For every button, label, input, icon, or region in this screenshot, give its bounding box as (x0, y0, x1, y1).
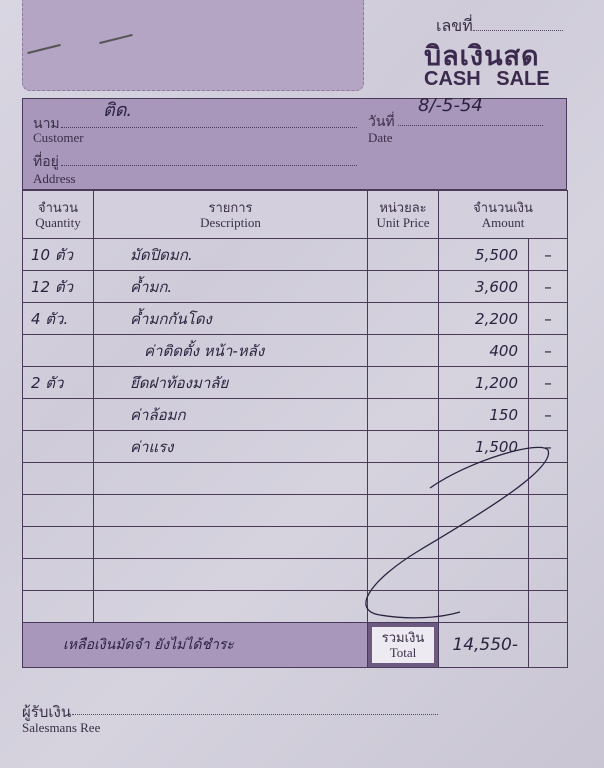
amount-cell: 1,500 (439, 431, 529, 463)
qty-cell (23, 431, 94, 463)
description-cell: ค่าแรง (94, 431, 368, 463)
customer-line (61, 127, 357, 128)
cents-cell: – (529, 431, 568, 463)
amount-cell: 150 (439, 399, 529, 431)
table-row: 2 ตัวยึดฝาท้องมาลัย1,200– (23, 367, 568, 399)
total-cents-cell (529, 623, 568, 668)
table-row: ค่าติดตั้ง หน้า-หลัง400– (23, 335, 568, 367)
address-line (61, 165, 357, 166)
address-label-english: Address (33, 171, 76, 187)
unit-price-cell (368, 335, 439, 367)
unit-price-cell (368, 495, 439, 527)
description-cell (94, 591, 368, 623)
qty-cell: 12 ตัว (23, 271, 94, 303)
table-row: 12 ตัวค้ำมก.3,600– (23, 271, 568, 303)
amount-cell (439, 527, 529, 559)
unit-price-cell (368, 559, 439, 591)
description-cell: ค้ำมก. (94, 271, 368, 303)
detached-stub (22, 0, 364, 91)
table-row: ค่าแรง1,500– (23, 431, 568, 463)
cents-cell: – (529, 271, 568, 303)
qty-cell (23, 527, 94, 559)
unit-price-cell (368, 527, 439, 559)
cents-cell (529, 495, 568, 527)
unit-price-cell (368, 431, 439, 463)
qty-cell (23, 591, 94, 623)
header-quantity: จำนวนQuantity (23, 191, 94, 239)
total-label-cell: รวมเงินTotal (368, 623, 439, 668)
document-number-line (473, 30, 563, 31)
total-label-english: Total (390, 645, 417, 660)
table-row: 4 ตัว.ค้ำมกกันโดง2,200– (23, 303, 568, 335)
unit-price-cell (368, 303, 439, 335)
staple-mark (27, 44, 60, 54)
description-cell: ค้ำมกกันโดง (94, 303, 368, 335)
amount-cell: 1,200 (439, 367, 529, 399)
table-row (23, 495, 568, 527)
qty-cell: 10 ตัว (23, 239, 94, 271)
date-label-english: Date (368, 130, 393, 146)
unit-price-cell (368, 239, 439, 271)
description-cell (94, 495, 368, 527)
customer-name-value: ติด. (103, 95, 132, 124)
amount-cell (439, 591, 529, 623)
customer-label-english: Customer (33, 130, 84, 146)
qty-cell (23, 335, 94, 367)
document-number-label: เลขที่ (436, 18, 473, 35)
description-cell (94, 527, 368, 559)
staple-mark (99, 34, 132, 44)
receiver-signature-line (72, 714, 438, 715)
amount-cell (439, 463, 529, 495)
total-label-thai: รวมเงิน (382, 630, 425, 645)
amount-cell: 400 (439, 335, 529, 367)
unit-price-cell (368, 463, 439, 495)
table-row (23, 591, 568, 623)
table-row: ค่าล้อมก150– (23, 399, 568, 431)
table-row (23, 559, 568, 591)
description-cell: ค่าล้อมก (94, 399, 368, 431)
description-cell: ค่าติดตั้ง หน้า-หลัง (94, 335, 368, 367)
cents-cell (529, 527, 568, 559)
cents-cell: – (529, 335, 568, 367)
total-row: เหลือเงินมัดจำ ยังไม่ได้ชำระ รวมเงินTota… (23, 623, 568, 668)
amount-cell (439, 495, 529, 527)
table-header-row: จำนวนQuantity รายการDescription หน่วยละU… (23, 191, 568, 239)
amount-cell: 5,500 (439, 239, 529, 271)
header-description: รายการDescription (94, 191, 368, 239)
qty-cell (23, 495, 94, 527)
qty-cell: 4 ตัว. (23, 303, 94, 335)
description-cell: ยึดฝาท้องมาลัย (94, 367, 368, 399)
date-line (398, 125, 543, 126)
receiver-label-english: Salesmans Ree (22, 720, 100, 736)
unit-price-cell (368, 367, 439, 399)
header-amount: จำนวนเงินAmount (439, 191, 568, 239)
total-value: 14,550- (439, 623, 529, 668)
description-cell (94, 463, 368, 495)
date-value: 8/-5-54 (418, 95, 483, 116)
cents-cell: – (529, 399, 568, 431)
amount-cell: 2,200 (439, 303, 529, 335)
amount-cell (439, 559, 529, 591)
description-cell: มัดปิดมก. (94, 239, 368, 271)
cents-cell (529, 463, 568, 495)
address-label-thai: ที่อยู่ (33, 151, 59, 173)
qty-cell (23, 399, 94, 431)
cents-cell (529, 559, 568, 591)
description-cell (94, 559, 368, 591)
title-english: CASH SALE (424, 68, 550, 91)
unit-price-cell (368, 399, 439, 431)
table-row (23, 527, 568, 559)
header-unit-price: หน่วยละUnit Price (368, 191, 439, 239)
cents-cell: – (529, 303, 568, 335)
unit-price-cell (368, 591, 439, 623)
unit-price-cell (368, 271, 439, 303)
qty-cell: 2 ตัว (23, 367, 94, 399)
qty-cell (23, 559, 94, 591)
cents-cell: – (529, 239, 568, 271)
items-table: จำนวนQuantity รายการDescription หน่วยละU… (22, 190, 568, 668)
cents-cell: – (529, 367, 568, 399)
table-row (23, 463, 568, 495)
customer-section: นาม ติด. Customer ที่อยู่ Address วันที่… (22, 98, 567, 190)
amount-cell: 3,600 (439, 271, 529, 303)
table-row: 10 ตัวมัดปิดมก.5,500– (23, 239, 568, 271)
handwritten-note: เหลือเงินมัดจำ ยังไม่ได้ชำระ (23, 623, 368, 668)
cents-cell (529, 591, 568, 623)
qty-cell (23, 463, 94, 495)
